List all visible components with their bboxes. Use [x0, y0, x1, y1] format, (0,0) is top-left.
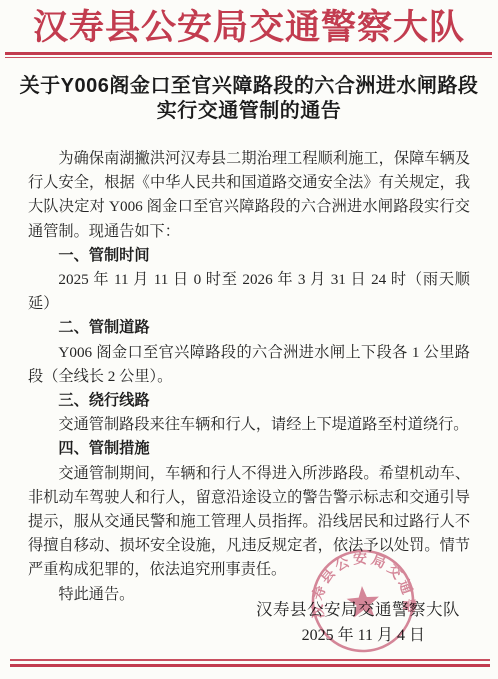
- footer-divider: [10, 659, 490, 667]
- notice-title-line1: 关于Y006阁金口至官兴障路段的六合洲进水闸路段: [0, 74, 498, 99]
- divider-thick-line: [5, 52, 492, 55]
- notice-document: 汉寿县公安局交通警察大队 关于Y006阁金口至官兴障路段的六合洲进水闸路段 实行…: [0, 0, 498, 679]
- notice-title-line2: 实行交通管制的通告: [0, 99, 498, 124]
- issuing-authority-letterhead: 汉寿县公安局交通警察大队: [0, 0, 498, 49]
- letterhead-divider: [5, 52, 492, 58]
- notice-title: 关于Y006阁金口至官兴障路段的六合洲进水闸路段 实行交通管制的通告: [0, 74, 498, 124]
- intro-paragraph: 为确保南湖撇洪河汉寿县二期治理工程顺利施工，保障车辆及行人安全，根据《中华人民共…: [28, 147, 470, 244]
- section-3-heading: 三、绕行线路: [28, 389, 470, 413]
- section-4-heading: 四、管制措施: [28, 437, 470, 461]
- footer-thin-line: [10, 659, 490, 661]
- official-seal: 汉寿县公安局交通警察大队: [303, 543, 422, 659]
- footer-thick-line: [10, 664, 490, 668]
- notice-body: 为确保南湖撇洪河汉寿县二期治理工程顺利施工，保障车辆及行人安全，根据《中华人民共…: [28, 147, 470, 607]
- section-2-text: Y006 阁金口至官兴障路段的六合洲进水闸上下段各 1 公里路段（全线长 2 公…: [28, 341, 470, 389]
- section-1-text: 2025 年 11 月 11 日 0 时至 2026 年 3 月 31 日 24…: [28, 268, 470, 316]
- section-3-text: 交通管制路段来往车辆和行人，请经上下堤道路至村道绕行。: [28, 413, 470, 437]
- section-2-heading: 二、管制道路: [28, 316, 470, 340]
- divider-thin-line: [5, 57, 492, 58]
- seal-star: [346, 585, 380, 618]
- section-1-heading: 一、管制时间: [28, 244, 470, 268]
